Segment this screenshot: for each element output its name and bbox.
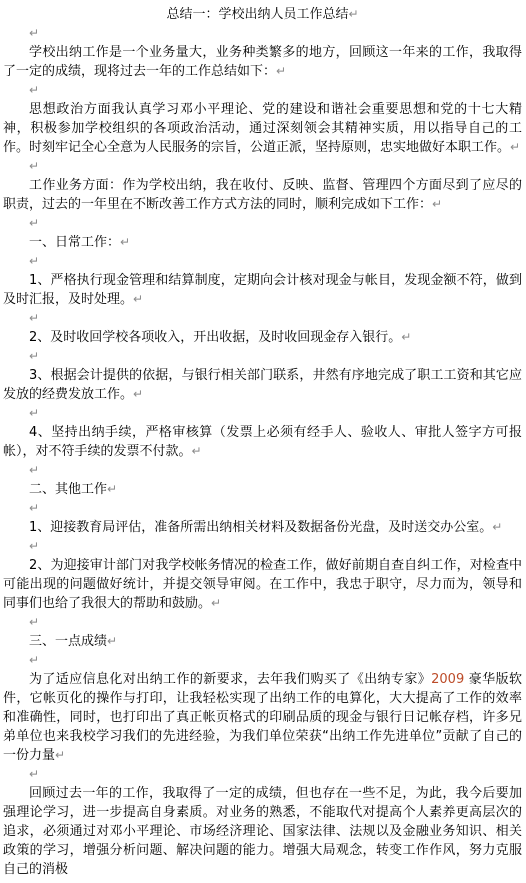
paragraph-mark-icon: ↵ <box>29 254 39 268</box>
paragraph-item-1-4: 4、坚持出纳手续，严格审核算（发票上必须有经手人、验收人、审批人签字方可报帐），… <box>3 423 522 461</box>
paragraph-mark-icon: ↵ <box>29 767 39 781</box>
paragraph-text-run: 为了适应信息化对出纳工作的新要求，去年我们购买了《出纳专家》 <box>29 672 431 687</box>
paragraph-text: 2、为迎接审计部门对我学校帐务情况的检查工作，做好前期自查自纠工作，对检查中可能… <box>3 558 522 611</box>
heading-text: 一、日常工作： <box>29 235 120 250</box>
paragraph-mark-icon: ↵ <box>133 387 143 401</box>
heading-section-3: 三、一点成绩↵ <box>3 632 522 651</box>
heading-section-2: 二、其他工作↵ <box>3 480 522 499</box>
paragraph-mark-icon: ↵ <box>211 596 221 610</box>
paragraph-intro: 学校出纳工作是一个业务量大，业务种类繁多的地方，回顾这一年来的工作，我取得了一定… <box>3 43 522 81</box>
paragraph-software: 为了适应信息化对出纳工作的新要求，去年我们购买了《出纳专家》2009 豪华版软件… <box>3 670 522 765</box>
empty-paragraph: ↵ <box>3 347 522 366</box>
document-title-text: 总结一：学校出纳人员工作总结 <box>166 7 348 22</box>
paragraph-mark-icon: ↵ <box>29 406 39 420</box>
paragraph-mark-icon: ↵ <box>29 615 39 629</box>
paragraph-mark-icon: ↵ <box>29 159 39 173</box>
empty-paragraph: ↵ <box>3 651 522 670</box>
paragraph-item-1-1: 1、严格执行现金管理和结算制度，定期向会计核对现金与帐目，发现金额不符，做到及时… <box>3 271 522 309</box>
paragraph-mark-icon: ↵ <box>107 634 117 648</box>
heading-text: 二、其他工作 <box>29 482 107 497</box>
paragraph-text: 思想政治方面我认真学习邓小平理论、党的建设和谐社会重要思想和党的十七大精神，积极… <box>3 102 522 155</box>
paragraph-mark-icon: ↵ <box>29 83 39 97</box>
paragraph-item-2-1: 1、迎接教育局评估，准备所需出纳相关材料及数据备份光盘，及时送交办公室。↵ <box>3 518 522 537</box>
empty-paragraph: ↵ <box>3 537 522 556</box>
empty-paragraph: ↵ <box>3 613 522 632</box>
paragraph-politics: 思想政治方面我认真学习邓小平理论、党的建设和谐社会重要思想和党的十七大精神，积极… <box>3 100 522 157</box>
paragraph-text: 1、迎接教育局评估，准备所需出纳相关材料及数据备份光盘，及时送交办公室。 <box>29 520 492 535</box>
paragraph-text: 1、严格执行现金管理和结算制度，定期向会计核对现金与帐目，发现金额不符，做到及时… <box>3 273 522 307</box>
paragraph-mark-icon: ↵ <box>510 140 520 154</box>
empty-paragraph: ↵ <box>3 157 522 176</box>
heading-section-1: 一、日常工作：↵ <box>3 233 522 252</box>
paragraph-item-1-3: 3、根据会计提供的依据，与银行相关部门联系，井然有序地完成了职工工资和其它应发放… <box>3 366 522 404</box>
empty-paragraph: ↵ <box>3 252 522 271</box>
paragraph-text: 回顾过去一年的工作，我取得了一定的成绩，但也存在一些不足，为此，我今后要加强理论… <box>3 786 522 877</box>
paragraph-business: 工作业务方面：作为学校出纳，我在收付、反映、监督、管理四个方面尽到了应尽的职责，… <box>3 176 522 214</box>
paragraph-item-1-2: 2、及时收回学校各项收入，开出收据，及时收回现金存入银行。↵ <box>3 328 522 347</box>
paragraph-mark-icon: ↵ <box>29 463 39 477</box>
empty-paragraph: ↵ <box>3 461 522 480</box>
paragraph-mark-icon: ↵ <box>29 539 39 553</box>
paragraph-mark-icon: ↵ <box>107 482 117 496</box>
paragraph-mark-icon: ↵ <box>29 311 39 325</box>
document-title: 总结一：学校出纳人员工作总结↵ <box>3 5 522 24</box>
empty-paragraph: ↵ <box>3 765 522 784</box>
empty-paragraph: ↵ <box>3 24 522 43</box>
paragraph-item-2-2: 2、为迎接审计部门对我学校帐务情况的检查工作，做好前期自查自纠工作，对检查中可能… <box>3 556 522 613</box>
paragraph-mark-icon: ↵ <box>29 349 39 363</box>
paragraph-mark-icon: ↵ <box>29 501 39 515</box>
paragraph-text: 工作业务方面：作为学校出纳，我在收付、反映、监督、管理四个方面尽到了应尽的职责，… <box>3 178 522 212</box>
paragraph-mark-icon: ↵ <box>133 292 143 306</box>
paragraph-mark-icon: ↵ <box>401 330 411 344</box>
paragraph-mark-icon: ↵ <box>120 235 130 249</box>
paragraph-mark-icon: ↵ <box>29 26 39 40</box>
paragraph-mark-icon: ↵ <box>492 520 502 534</box>
heading-text: 三、一点成绩 <box>29 634 107 649</box>
empty-paragraph: ↵ <box>3 81 522 100</box>
paragraph-mark-icon: ↵ <box>29 653 39 667</box>
paragraph-review: 回顾过去一年的工作，我取得了一定的成绩，但也存在一些不足，为此，我今后要加强理论… <box>3 784 522 879</box>
empty-paragraph: ↵ <box>3 309 522 328</box>
paragraph-mark-icon: ↵ <box>29 216 39 230</box>
document-page: 总结一：学校出纳人员工作总结↵ ↵ 学校出纳工作是一个业务量大，业务种类繁多的地… <box>0 0 526 883</box>
paragraph-text: 2、及时收回学校各项收入，开出收据，及时收回现金存入银行。 <box>29 330 401 345</box>
highlighted-year-text: 2009 <box>431 672 464 687</box>
empty-paragraph: ↵ <box>3 404 522 423</box>
empty-paragraph: ↵ <box>3 499 522 518</box>
empty-paragraph: ↵ <box>3 214 522 233</box>
paragraph-mark-icon: ↵ <box>192 444 202 458</box>
paragraph-text: 学校出纳工作是一个业务量大，业务种类繁多的地方，回顾这一年来的工作，我取得了一定… <box>3 45 522 79</box>
paragraph-text: 4、坚持出纳手续，严格审核算（发票上必须有经手人、验收人、审批人签字方可报帐），… <box>3 425 522 459</box>
paragraph-mark-icon: ↵ <box>432 197 442 211</box>
paragraph-mark-icon: ↵ <box>348 7 358 21</box>
paragraph-mark-icon: ↵ <box>55 748 65 762</box>
paragraph-mark-icon: ↵ <box>276 64 286 78</box>
paragraph-text: 3、根据会计提供的依据，与银行相关部门联系，井然有序地完成了职工工资和其它应发放… <box>3 368 522 402</box>
